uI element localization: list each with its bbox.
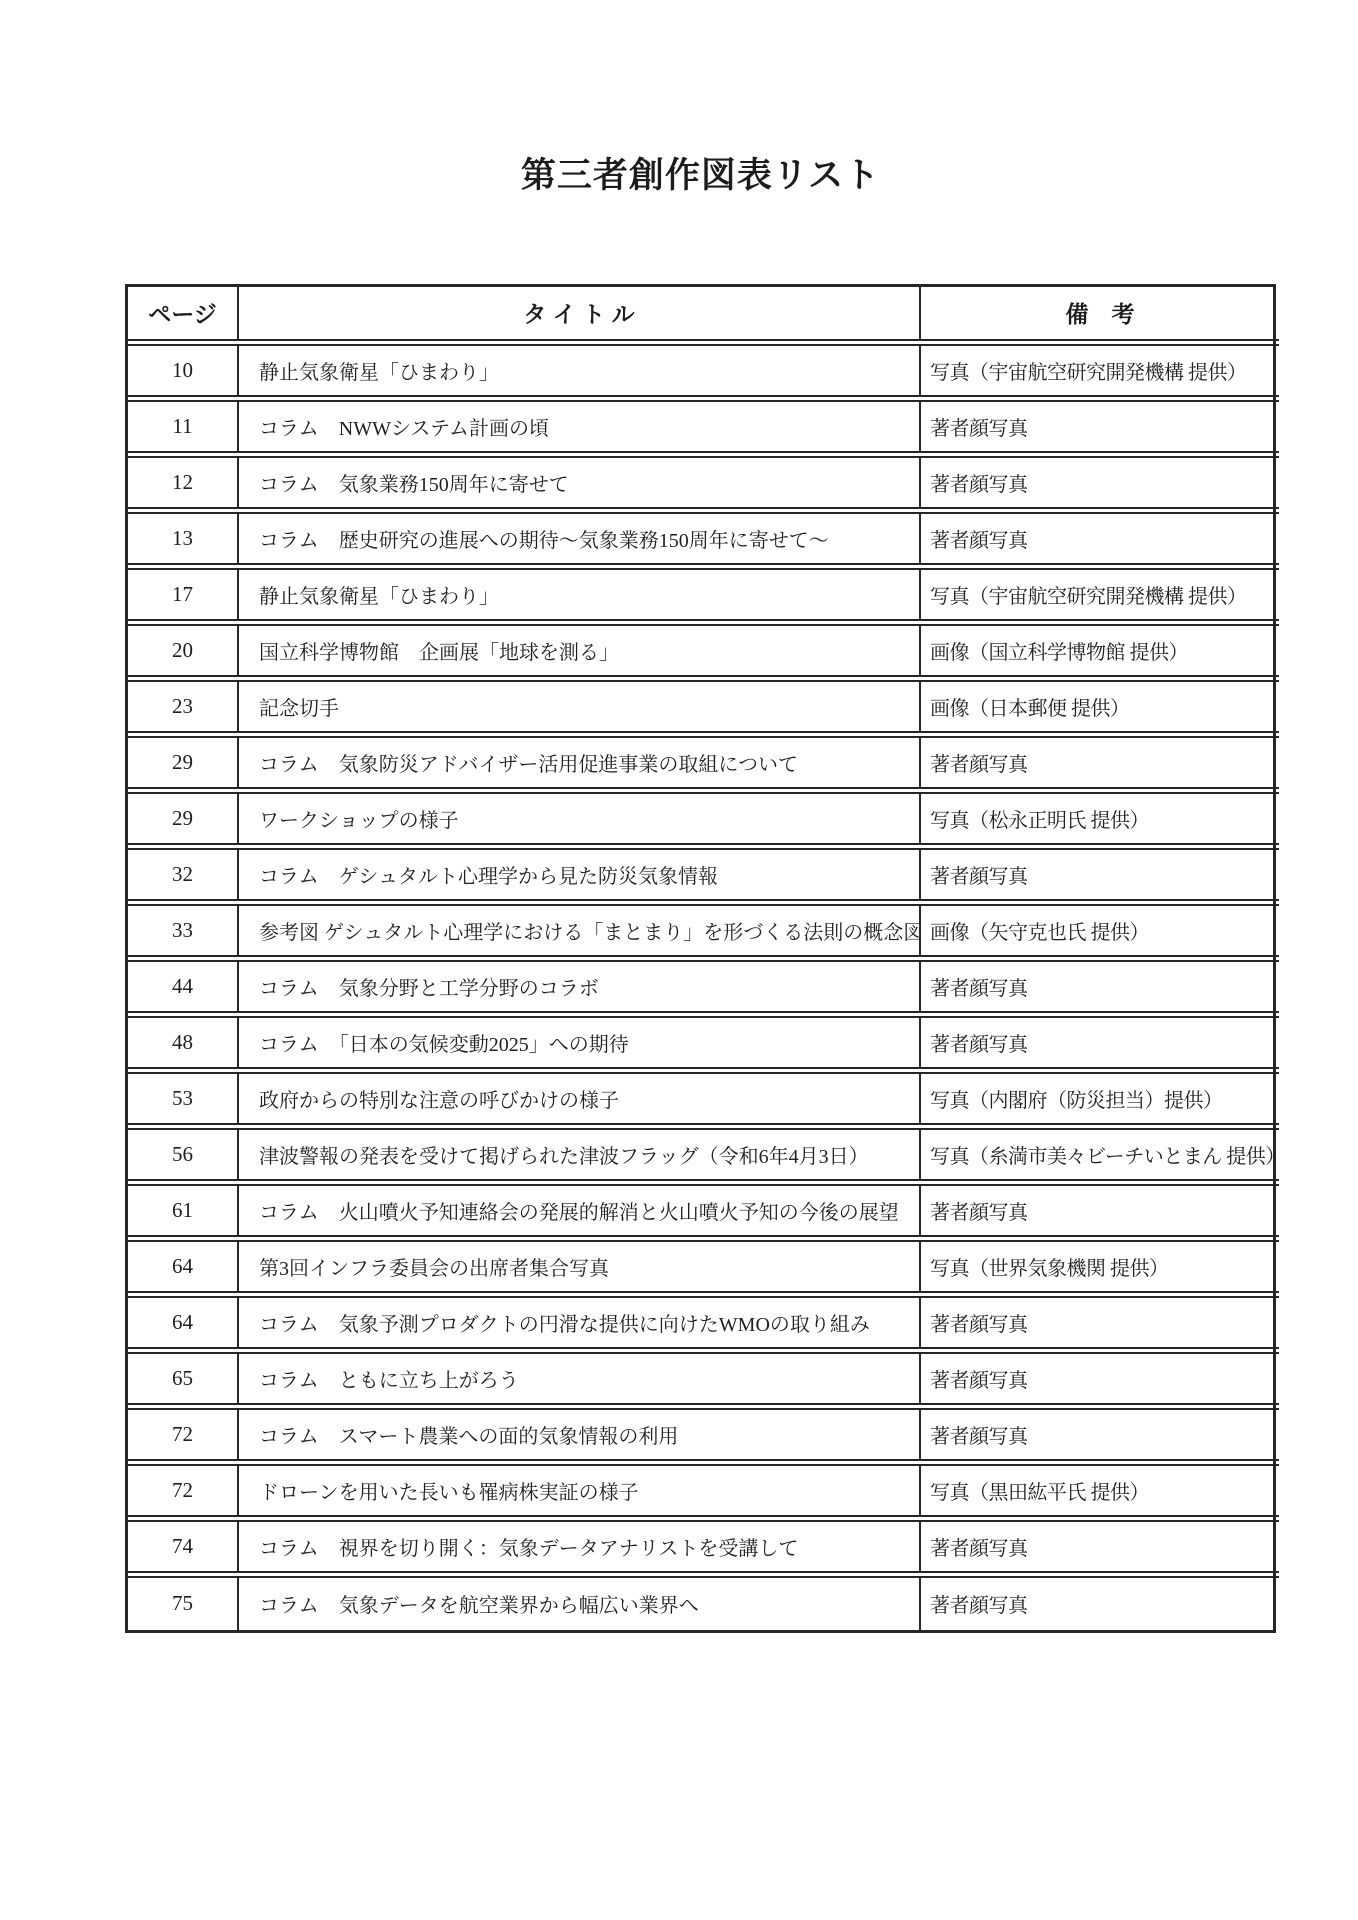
table-row: 29コラム 気象防災アドバイザー活用促進事業の取組について著者顔写真 — [128, 734, 1279, 790]
table-row: 29ワークショップの様子写真（松永正明氏 提供） — [128, 790, 1279, 846]
cell-page: 64 — [128, 1238, 238, 1294]
table-row: 72コラム スマート農業への面的気象情報の利用著者顔写真 — [128, 1406, 1279, 1462]
cell-page: 75 — [128, 1574, 238, 1630]
cell-page: 33 — [128, 902, 238, 958]
cell-remarks: 著者顔写真 — [920, 1294, 1279, 1350]
cell-page: 12 — [128, 454, 238, 510]
cell-page: 56 — [128, 1126, 238, 1182]
cell-remarks: 写真（宇宙航空研究開発機構 提供） — [920, 566, 1279, 622]
table-row: 44コラム 気象分野と工学分野のコラボ著者顔写真 — [128, 958, 1279, 1014]
cell-title: コラム 気象分野と工学分野のコラボ — [238, 958, 920, 1014]
cell-page: 11 — [128, 398, 238, 454]
cell-remarks: 著者顔写真 — [920, 734, 1279, 790]
cell-remarks: 著者顔写真 — [920, 1406, 1279, 1462]
cell-remarks: 著者顔写真 — [920, 958, 1279, 1014]
page-title: 第三者創作図表リスト — [125, 148, 1276, 198]
table-row: 56津波警報の発表を受けて掲げられた津波フラッグ（令和6年4月3日）写真（糸満市… — [128, 1126, 1279, 1182]
table-row: 53政府からの特別な注意の呼びかけの様子写真（内閣府（防災担当）提供） — [128, 1070, 1279, 1126]
cell-title: コラム 火山噴火予知連絡会の発展的解消と火山噴火予知の今後の展望 — [238, 1182, 920, 1238]
table-row: 65コラム ともに立ち上がろう著者顔写真 — [128, 1350, 1279, 1406]
table-row: 23記念切手画像（日本郵便 提供） — [128, 678, 1279, 734]
cell-title: 国立科学博物館 企画展「地球を測る」 — [238, 622, 920, 678]
table-row: 74コラム 視界を切り開く：気象データアナリストを受講して著者顔写真 — [128, 1518, 1279, 1574]
cell-remarks: 画像（国立科学博物館 提供） — [920, 622, 1279, 678]
cell-page: 29 — [128, 790, 238, 846]
figure-list-table: ページ タ イ ト ル 備 考 10静止気象衛星「ひまわり」写真（宇宙航空研究開… — [125, 284, 1276, 1633]
document-page: 第三者創作図表リスト ページ タ イ ト ル 備 考 10静止気象衛星「ひまわり… — [0, 0, 1358, 1920]
cell-page: 29 — [128, 734, 238, 790]
cell-remarks: 著者顔写真 — [920, 398, 1279, 454]
cell-remarks: 著者顔写真 — [920, 1350, 1279, 1406]
cell-page: 53 — [128, 1070, 238, 1126]
figure-table: ページ タ イ ト ル 備 考 10静止気象衛星「ひまわり」写真（宇宙航空研究開… — [128, 287, 1279, 1630]
cell-remarks: 写真（黒田紘平氏 提供） — [920, 1462, 1279, 1518]
cell-title: 津波警報の発表を受けて掲げられた津波フラッグ（令和6年4月3日） — [238, 1126, 920, 1182]
cell-remarks: 写真（内閣府（防災担当）提供） — [920, 1070, 1279, 1126]
cell-title: コラム 視界を切り開く：気象データアナリストを受講して — [238, 1518, 920, 1574]
table-row: 13コラム 歴史研究の進展への期待〜気象業務150周年に寄せて〜著者顔写真 — [128, 510, 1279, 566]
cell-page: 72 — [128, 1406, 238, 1462]
table-row: 61コラム 火山噴火予知連絡会の発展的解消と火山噴火予知の今後の展望著者顔写真 — [128, 1182, 1279, 1238]
cell-page: 74 — [128, 1518, 238, 1574]
cell-title: コラム 気象防災アドバイザー活用促進事業の取組について — [238, 734, 920, 790]
cell-remarks: 著者顔写真 — [920, 846, 1279, 902]
cell-remarks: 画像（矢守克也氏 提供） — [920, 902, 1279, 958]
cell-title: コラム 気象データを航空業界から幅広い業界へ — [238, 1574, 920, 1630]
table-row: 11コラム NWWシステム計画の頃著者顔写真 — [128, 398, 1279, 454]
table-row: 12コラム 気象業務150周年に寄せて著者顔写真 — [128, 454, 1279, 510]
cell-remarks: 著者顔写真 — [920, 1182, 1279, 1238]
cell-page: 65 — [128, 1350, 238, 1406]
table-row: 32コラム ゲシュタルト心理学から見た防災気象情報著者顔写真 — [128, 846, 1279, 902]
cell-title: 静止気象衛星「ひまわり」 — [238, 342, 920, 398]
cell-page: 10 — [128, 342, 238, 398]
cell-title: 参考図 ゲシュタルト心理学における「まとまり」を形づくる法則の概念図 — [238, 902, 920, 958]
cell-page: 64 — [128, 1294, 238, 1350]
cell-title: コラム スマート農業への面的気象情報の利用 — [238, 1406, 920, 1462]
table-row: 64コラム 気象予測プロダクトの円滑な提供に向けたWMOの取り組み著者顔写真 — [128, 1294, 1279, 1350]
figure-table-body: 10静止気象衛星「ひまわり」写真（宇宙航空研究開発機構 提供）11コラム NWW… — [128, 342, 1279, 1630]
cell-page: 44 — [128, 958, 238, 1014]
cell-remarks: 画像（日本郵便 提供） — [920, 678, 1279, 734]
cell-title: ワークショップの様子 — [238, 790, 920, 846]
table-row: 75コラム 気象データを航空業界から幅広い業界へ著者顔写真 — [128, 1574, 1279, 1630]
cell-title: コラム 歴史研究の進展への期待〜気象業務150周年に寄せて〜 — [238, 510, 920, 566]
cell-title: 第3回インフラ委員会の出席者集合写真 — [238, 1238, 920, 1294]
cell-page: 20 — [128, 622, 238, 678]
table-row: 20国立科学博物館 企画展「地球を測る」画像（国立科学博物館 提供） — [128, 622, 1279, 678]
cell-page: 13 — [128, 510, 238, 566]
cell-remarks: 著者顔写真 — [920, 1574, 1279, 1630]
cell-page: 72 — [128, 1462, 238, 1518]
column-header-page: ページ — [128, 287, 238, 342]
cell-title: 政府からの特別な注意の呼びかけの様子 — [238, 1070, 920, 1126]
cell-title: コラム NWWシステム計画の頃 — [238, 398, 920, 454]
column-header-title: タ イ ト ル — [238, 287, 920, 342]
cell-remarks: 著者顔写真 — [920, 454, 1279, 510]
cell-remarks: 写真（糸満市美々ビーチいとまん 提供） — [920, 1126, 1279, 1182]
cell-title: 記念切手 — [238, 678, 920, 734]
table-row: 17静止気象衛星「ひまわり」写真（宇宙航空研究開発機構 提供） — [128, 566, 1279, 622]
table-header-row: ページ タ イ ト ル 備 考 — [128, 287, 1279, 342]
cell-remarks: 著者顔写真 — [920, 1014, 1279, 1070]
cell-title: コラム ともに立ち上がろう — [238, 1350, 920, 1406]
cell-title: コラム 「日本の気候変動2025」への期待 — [238, 1014, 920, 1070]
cell-title: ドローンを用いた長いも罹病株実証の様子 — [238, 1462, 920, 1518]
cell-remarks: 著者顔写真 — [920, 510, 1279, 566]
cell-remarks: 写真（世界気象機関 提供） — [920, 1238, 1279, 1294]
cell-page: 32 — [128, 846, 238, 902]
table-row: 33参考図 ゲシュタルト心理学における「まとまり」を形づくる法則の概念図画像（矢… — [128, 902, 1279, 958]
column-header-remarks: 備 考 — [920, 287, 1279, 342]
cell-title: コラム 気象予測プロダクトの円滑な提供に向けたWMOの取り組み — [238, 1294, 920, 1350]
cell-title: コラム ゲシュタルト心理学から見た防災気象情報 — [238, 846, 920, 902]
cell-title: 静止気象衛星「ひまわり」 — [238, 566, 920, 622]
cell-page: 17 — [128, 566, 238, 622]
table-row: 72ドローンを用いた長いも罹病株実証の様子写真（黒田紘平氏 提供） — [128, 1462, 1279, 1518]
cell-page: 23 — [128, 678, 238, 734]
cell-page: 48 — [128, 1014, 238, 1070]
cell-remarks: 著者顔写真 — [920, 1518, 1279, 1574]
table-row: 10静止気象衛星「ひまわり」写真（宇宙航空研究開発機構 提供） — [128, 342, 1279, 398]
cell-title: コラム 気象業務150周年に寄せて — [238, 454, 920, 510]
table-row: 48コラム 「日本の気候変動2025」への期待著者顔写真 — [128, 1014, 1279, 1070]
cell-remarks: 写真（松永正明氏 提供） — [920, 790, 1279, 846]
cell-remarks: 写真（宇宙航空研究開発機構 提供） — [920, 342, 1279, 398]
cell-page: 61 — [128, 1182, 238, 1238]
table-row: 64第3回インフラ委員会の出席者集合写真写真（世界気象機関 提供） — [128, 1238, 1279, 1294]
